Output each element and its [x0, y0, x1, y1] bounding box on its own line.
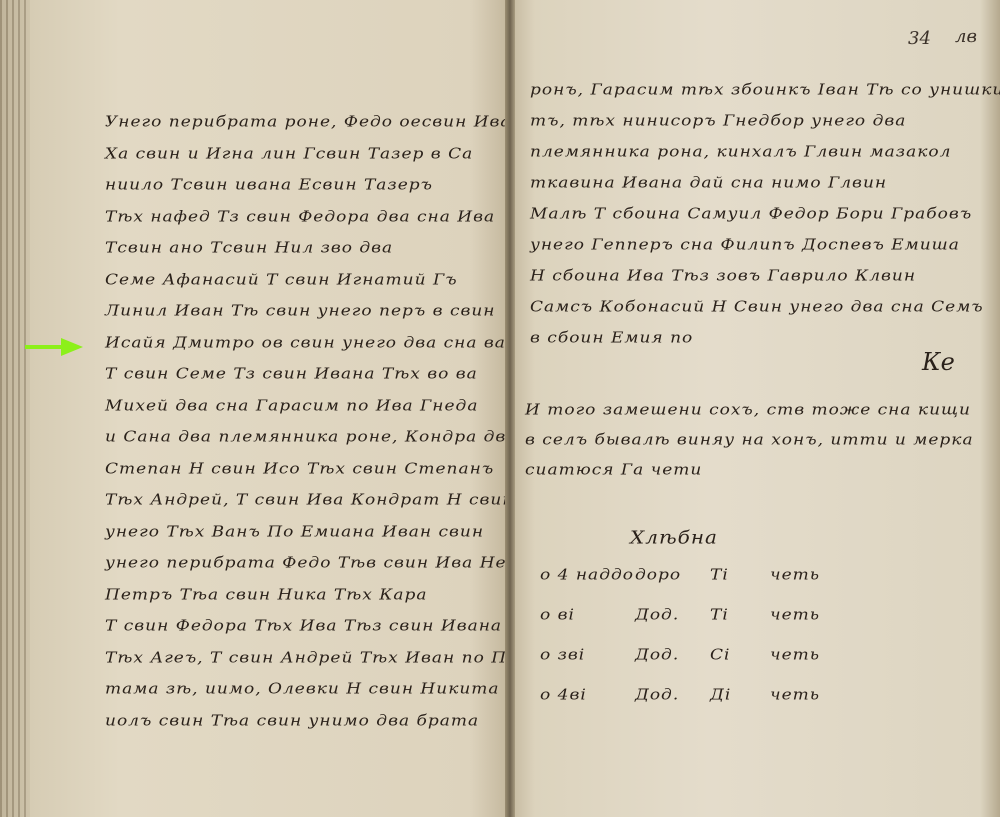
table-cell-value: Ді: [710, 686, 731, 704]
manuscript-line: Петръ Тѣа свин Ника Тѣх Кара: [105, 586, 428, 604]
table-cell-label: о 4 наддо: [540, 566, 634, 584]
table-cell-unit: четь: [770, 566, 820, 584]
manuscript-line: Тѣх Андрей, Т свин Ива Кондрат Н свин: [105, 491, 515, 509]
manuscript-line: Унего перибрата роне, Федо оесвин Ивано,: [105, 113, 541, 131]
manuscript-line: Малѣ Т сбоина Самуил Федор Бори Грабовъ: [530, 205, 972, 223]
pointer-arrow-icon: [25, 338, 85, 356]
manuscript-line: Тѣх нафед Тз свин Федора два сна Ива: [105, 208, 495, 226]
folio-number: 34: [908, 28, 931, 49]
manuscript-line: Т свин Федора Тѣх Ива Тѣз свин Ивана: [105, 617, 502, 635]
table-header: Хлѣбна: [630, 526, 718, 548]
manuscript-line: сиатюся Га чети: [525, 461, 702, 479]
manuscript-line: ронъ, Гарасим тѣх збоинкъ Іван Тѣ со уни…: [530, 81, 1000, 99]
manuscript-line: Ха свин и Игна лин Гсвин Тазер в Са: [105, 145, 473, 163]
manuscript-line: И того замешени сохъ, ств тоже сна кищи: [525, 401, 971, 419]
margin-mark: Ке: [922, 348, 955, 376]
manuscript-line: Исайя Дмитро ов свин унего два сна ва: [105, 334, 506, 352]
right-page: 34 лв Ке ронъ, Гарасим тѣх збоинкъ Іван …: [510, 0, 1000, 817]
manuscript-line: Самсъ Кобонасий Н Свин унего два сна Сем…: [530, 298, 984, 316]
table-cell-value: Ті: [710, 566, 729, 584]
table-cell-measure: Дод.: [635, 646, 679, 664]
manuscript-line: иолъ свин Тѣа свин унимо два брата: [105, 712, 479, 730]
page-edge-stack: [0, 0, 30, 817]
table-cell-label: о 4ві: [540, 686, 587, 704]
left-page: Унего перибрата роне, Федо оесвин Ивано,…: [0, 0, 510, 817]
table-cell-value: Сі: [710, 646, 730, 664]
table-cell-label: о ві: [540, 606, 575, 624]
manuscript-line: ниило Тсвин ивана Есвин Тазеръ: [105, 176, 433, 194]
book-gutter: [505, 0, 515, 817]
manuscript-line: племянника рона, кинхалъ Глвин мазакол: [530, 143, 951, 161]
table-cell-value: Ті: [710, 606, 729, 624]
manuscript-line: в сбоин Емия по: [530, 329, 693, 347]
manuscript-spread: Унего перибрата роне, Федо оесвин Ивано,…: [0, 0, 1000, 817]
folio-mark: лв: [955, 26, 977, 47]
manuscript-line: Семе Афанасий Т свин Игнатий Гъ: [105, 271, 458, 289]
manuscript-line: Тсвин ано Тсвин Нил зво два: [105, 239, 393, 257]
table-cell-measure: Дод.: [635, 606, 679, 624]
manuscript-line: тъ, тѣх нинисоръ Гнедбор унего два: [530, 112, 906, 130]
table-cell-unit: четь: [770, 646, 820, 664]
manuscript-line: Степан Н свин Исо Тѣх свин Степанъ: [105, 460, 494, 478]
manuscript-line: Т свин Семе Тз свин Ивана Тѣх во ва: [105, 365, 478, 383]
manuscript-line: Михей два сна Гарасим по Ива Гнеда: [105, 397, 478, 415]
manuscript-line: унего Гепперъ сна Филипъ Доспевъ Емиша: [530, 236, 960, 254]
table-cell-measure: доро: [635, 566, 681, 584]
manuscript-line: ткавина Ивана дай сна нимо Глвин: [530, 174, 887, 192]
manuscript-line: тама зѣ, иимо, Олевки Н свин Никита: [105, 680, 500, 698]
manuscript-line: Линил Иван Тѣ свин унего перъ в свин: [105, 302, 496, 320]
manuscript-line: в селъ бывалѣ виняу на хонъ, итти и мерк…: [525, 431, 974, 449]
table-cell-label: о зві: [540, 646, 585, 664]
manuscript-line: и Сана два племянника роне, Кондра два: [105, 428, 517, 446]
manuscript-line: Н сбоина Ива Тѣз зовъ Гаврило Клвин: [530, 267, 916, 285]
table-cell-unit: четь: [770, 686, 820, 704]
manuscript-line: унего перибрата Федо Тѣв свин Ива Нео: [105, 554, 518, 572]
manuscript-line: Тѣх Агеъ, Т свин Андрей Тѣх Иван по Пан: [105, 649, 530, 667]
table-cell-measure: Дод.: [635, 686, 679, 704]
table-cell-unit: четь: [770, 606, 820, 624]
manuscript-line: унего Тѣх Ванъ По Емиана Иван свин: [105, 523, 484, 541]
